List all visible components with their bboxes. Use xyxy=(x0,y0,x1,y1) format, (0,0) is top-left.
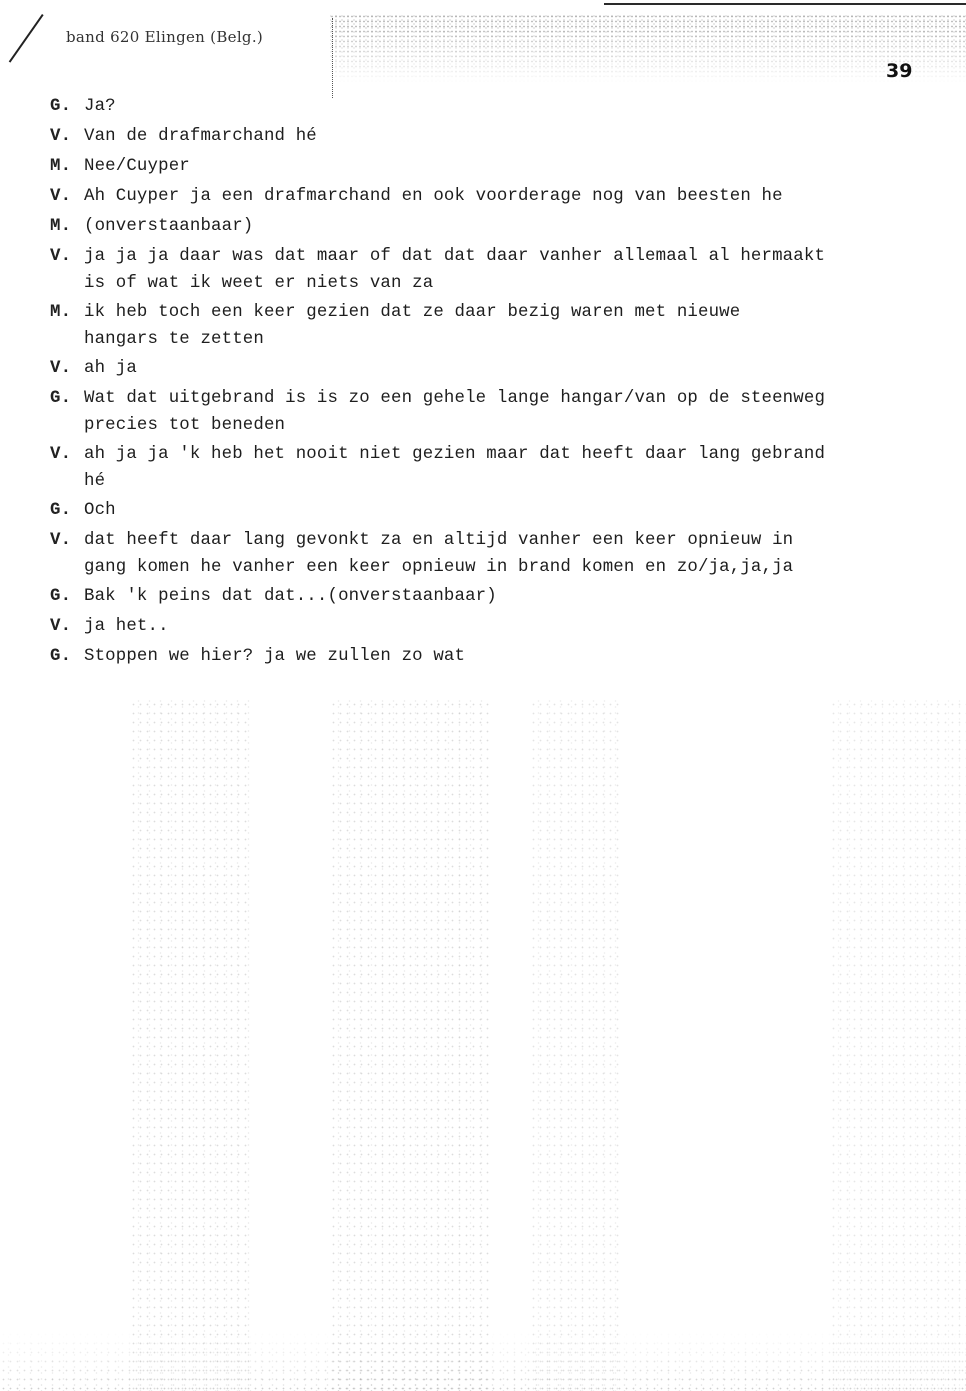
speaker-label: G. xyxy=(50,92,84,122)
utterance-text: Stoppen we hier? ja we zullen zo wat xyxy=(84,642,465,672)
transcript-line: G.Wat dat uitgebrand is is zo een gehele… xyxy=(50,384,965,414)
scan-noise xyxy=(130,700,250,1391)
speaker-label: G. xyxy=(50,496,84,526)
utterance-text: ah ja ja 'k heb het nooit niet gezien ma… xyxy=(84,440,825,470)
speaker-label: G. xyxy=(50,642,84,672)
utterance-text: hangars te zetten xyxy=(84,325,264,354)
transcript-line: G.Stoppen we hier? ja we zullen zo wat xyxy=(50,642,965,672)
utterance-text: gang komen he vanher een keer opnieuw in… xyxy=(84,553,793,582)
document-page: band 620 Elingen (Belg.) 39 G.Ja?V.Van d… xyxy=(0,0,966,1391)
speaker-label: V. xyxy=(50,182,84,212)
scan-noise xyxy=(830,700,966,1391)
speaker-label: V. xyxy=(50,122,84,152)
utterance-text: dat heeft daar lang gevonkt za en altijd… xyxy=(84,526,793,556)
transcript-line-continuation: is of wat ik weet er niets van za xyxy=(50,269,965,298)
transcript-line-continuation: hé xyxy=(50,467,965,496)
transcript-line: M.ik heb toch een keer gezien dat ze daa… xyxy=(50,298,965,328)
transcript-line-continuation: gang komen he vanher een keer opnieuw in… xyxy=(50,553,965,582)
transcript-line: V.ah ja ja 'k heb het nooit niet gezien … xyxy=(50,440,965,470)
scan-noise-top xyxy=(330,14,966,84)
utterance-text: ah ja xyxy=(84,354,137,384)
utterance-text: Ja? xyxy=(84,92,116,122)
transcript-line: V.Ah Cuyper ja een drafmarchand en ook v… xyxy=(50,182,965,212)
document-header: band 620 Elingen (Belg.) xyxy=(66,28,263,46)
utterance-text: hé xyxy=(84,467,105,496)
transcript-line: V.ja het.. xyxy=(50,612,965,642)
utterance-text: Wat dat uitgebrand is is zo een gehele l… xyxy=(84,384,825,414)
utterance-text: precies tot beneden xyxy=(84,411,285,440)
handwritten-slash-mark xyxy=(9,14,44,63)
utterance-text: ja het.. xyxy=(84,612,169,642)
transcript-line: V.dat heeft daar lang gevonkt za en alti… xyxy=(50,526,965,556)
speaker-label: G. xyxy=(50,582,84,612)
transcript-line: G.Och xyxy=(50,496,965,526)
utterance-text: Van de drafmarchand hé xyxy=(84,122,317,152)
utterance-text: Bak 'k peins dat dat...(onverstaanbaar) xyxy=(84,582,497,612)
utterance-text: ja ja ja daar was dat maar of dat dat da… xyxy=(84,242,825,272)
top-rule-line xyxy=(604,3,966,5)
speaker-label: M. xyxy=(50,212,84,242)
transcript-line: G.Ja? xyxy=(50,92,965,122)
speaker-label: M. xyxy=(50,152,84,182)
utterance-text: Och xyxy=(84,496,116,526)
speaker-label: M. xyxy=(50,298,84,328)
transcript-line-continuation: precies tot beneden xyxy=(50,411,965,440)
utterance-text: Nee/Cuyper xyxy=(84,152,190,182)
speaker-label: V. xyxy=(50,242,84,272)
transcript-line: V.ah ja xyxy=(50,354,965,384)
speaker-label: V. xyxy=(50,440,84,470)
utterance-text: Ah Cuyper ja een drafmarchand en ook voo… xyxy=(84,182,783,212)
speaker-label: V. xyxy=(50,612,84,642)
transcript: G.Ja?V.Van de drafmarchand héM.Nee/Cuype… xyxy=(50,92,965,672)
transcript-line: G.Bak 'k peins dat dat...(onverstaanbaar… xyxy=(50,582,965,612)
transcript-line: M.Nee/Cuyper xyxy=(50,152,965,182)
utterance-text: (onverstaanbaar) xyxy=(84,212,253,242)
speaker-label: G. xyxy=(50,384,84,414)
speaker-label: V. xyxy=(50,354,84,384)
transcript-line: V.Van de drafmarchand hé xyxy=(50,122,965,152)
utterance-text: is of wat ik weet er niets van za xyxy=(84,269,433,298)
dotted-margin-line xyxy=(332,18,333,98)
transcript-line: V.ja ja ja daar was dat maar of dat dat … xyxy=(50,242,965,272)
scan-noise xyxy=(330,700,490,1391)
utterance-text: ik heb toch een keer gezien dat ze daar … xyxy=(84,298,740,328)
transcript-line-continuation: hangars te zetten xyxy=(50,325,965,354)
scan-noise xyxy=(530,700,620,1391)
scan-noise-bottom xyxy=(0,1330,966,1391)
page-number: 39 xyxy=(886,60,912,82)
transcript-line: M.(onverstaanbaar) xyxy=(50,212,965,242)
speaker-label: V. xyxy=(50,526,84,556)
